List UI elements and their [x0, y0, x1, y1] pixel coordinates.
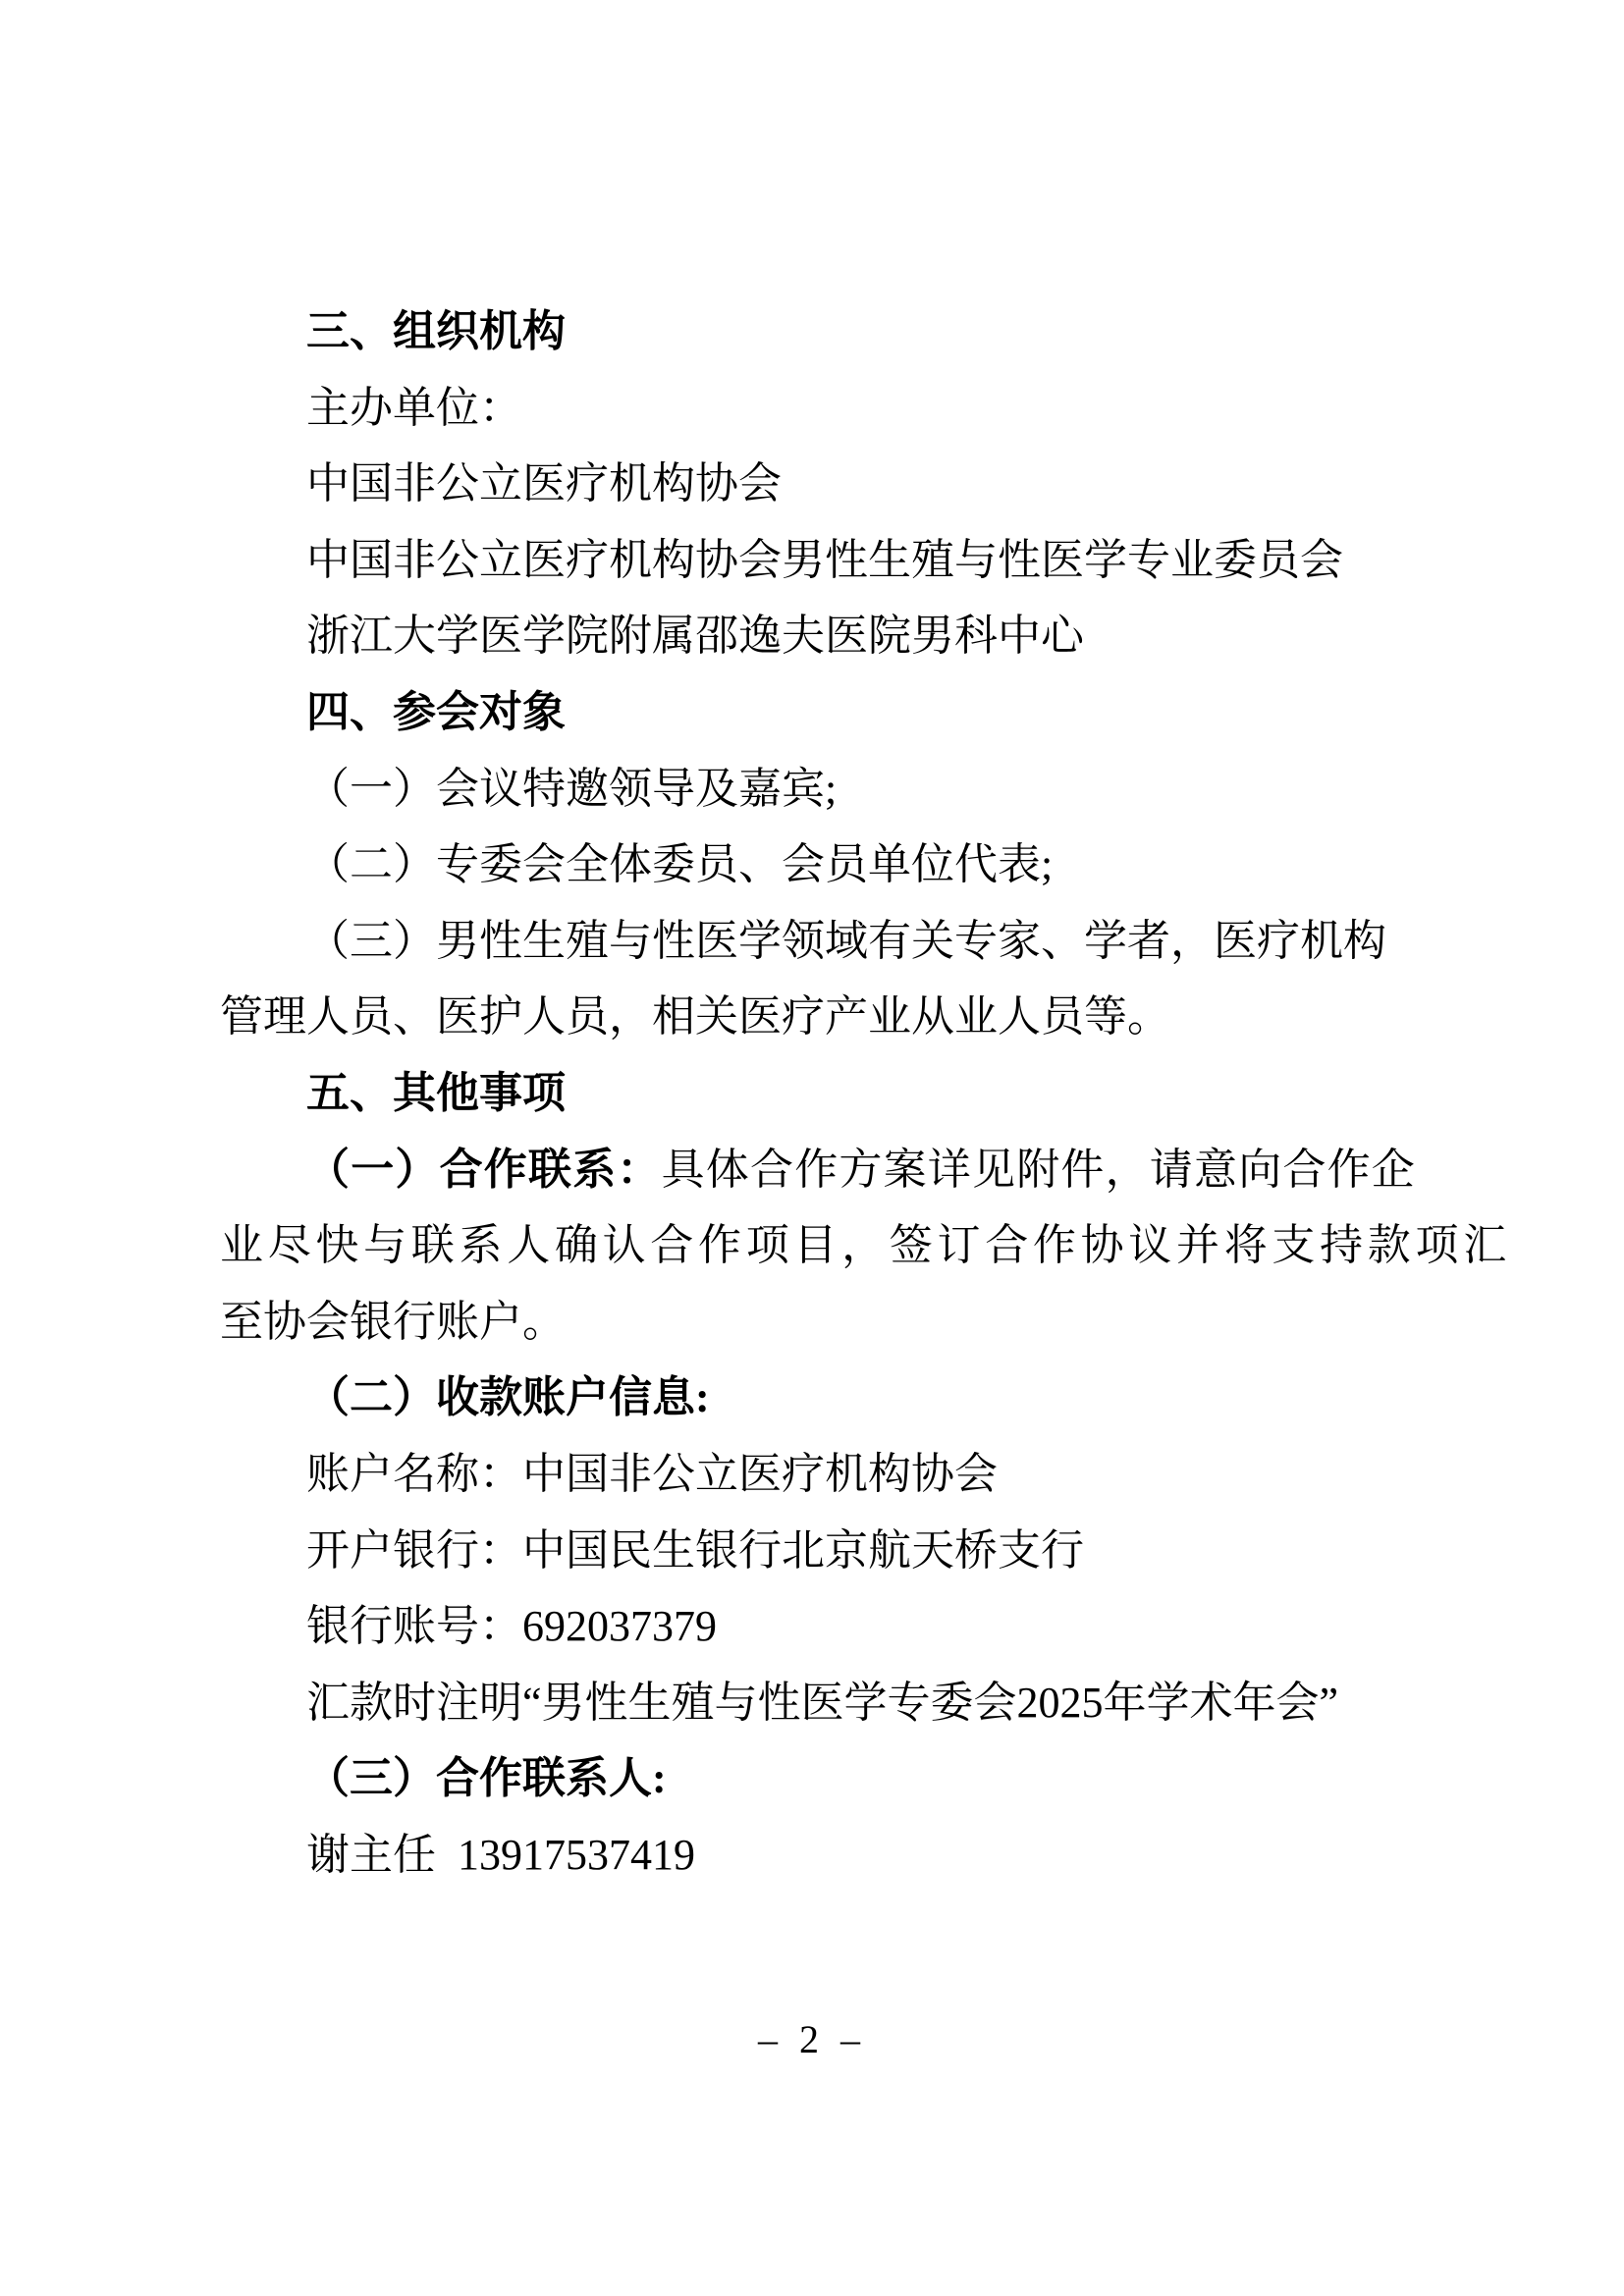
- attendee-item-1: （一）会议特邀领导及嘉宾;: [220, 751, 1420, 828]
- account-bank-line: 开户银行：中国民生银行北京航天桥支行: [220, 1513, 1420, 1589]
- cooperation-paragraph-line-2: 业尽快与联系人确认合作项目，签订合作协议并将支持款项汇: [220, 1207, 1420, 1284]
- host-unit-1: 中国非公立医疗机构协会: [220, 446, 1420, 522]
- section-three-heading: 三、组织机构: [220, 294, 1420, 370]
- section-four-heading: 四、参会对象: [220, 674, 1420, 751]
- cooperation-paragraph-line-3: 至协会银行账户。: [220, 1284, 1420, 1361]
- attendee-item-3-line-2: 管理人员、医护人员，相关医疗产业从业人员等。: [220, 979, 1420, 1055]
- account-number-line: 银行账号：692037379: [220, 1588, 1420, 1665]
- contact-person-label: （三）合作联系人:: [220, 1740, 1420, 1817]
- host-unit-3: 浙江大学医学院附属邵逸夫医院男科中心: [220, 598, 1420, 674]
- cooperation-paragraph-line-1: （一）合作联系：具体合作方案详见附件，请意向合作企: [220, 1132, 1420, 1208]
- contact-person-line: 谢主任 13917537419: [220, 1817, 1420, 1894]
- cooperation-line-1-text: 具体合作方案详见附件，请意向合作企: [662, 1146, 1416, 1194]
- remit-note-line: 汇款时注明“男性生殖与性医学专委会2025年学术年会”: [220, 1665, 1420, 1741]
- section-five-heading: 五、其他事项: [220, 1055, 1420, 1132]
- document-body: 三、组织机构 主办单位： 中国非公立医疗机构协会 中国非公立医疗机构协会男性生殖…: [220, 294, 1420, 1893]
- host-units-label: 主办单位：: [220, 370, 1420, 447]
- cooperation-label: （一）合作联系：: [306, 1146, 662, 1194]
- account-info-label: （二）收款账户信息:: [220, 1360, 1420, 1436]
- host-unit-2: 中国非公立医疗机构协会男性生殖与性医学专业委员会: [220, 522, 1420, 599]
- attendee-item-2: （二）专委会全体委员、会员单位代表;: [220, 827, 1420, 903]
- account-name-line: 账户名称：中国非公立医疗机构协会: [220, 1436, 1420, 1513]
- attendee-item-3-line-1: （三）男性生殖与性医学领域有关专家、学者，医疗机构: [220, 903, 1420, 980]
- page-number: – 2 –: [0, 2002, 1624, 2078]
- document-page: 三、组织机构 主办单位： 中国非公立医疗机构协会 中国非公立医疗机构协会男性生殖…: [0, 0, 1624, 2296]
